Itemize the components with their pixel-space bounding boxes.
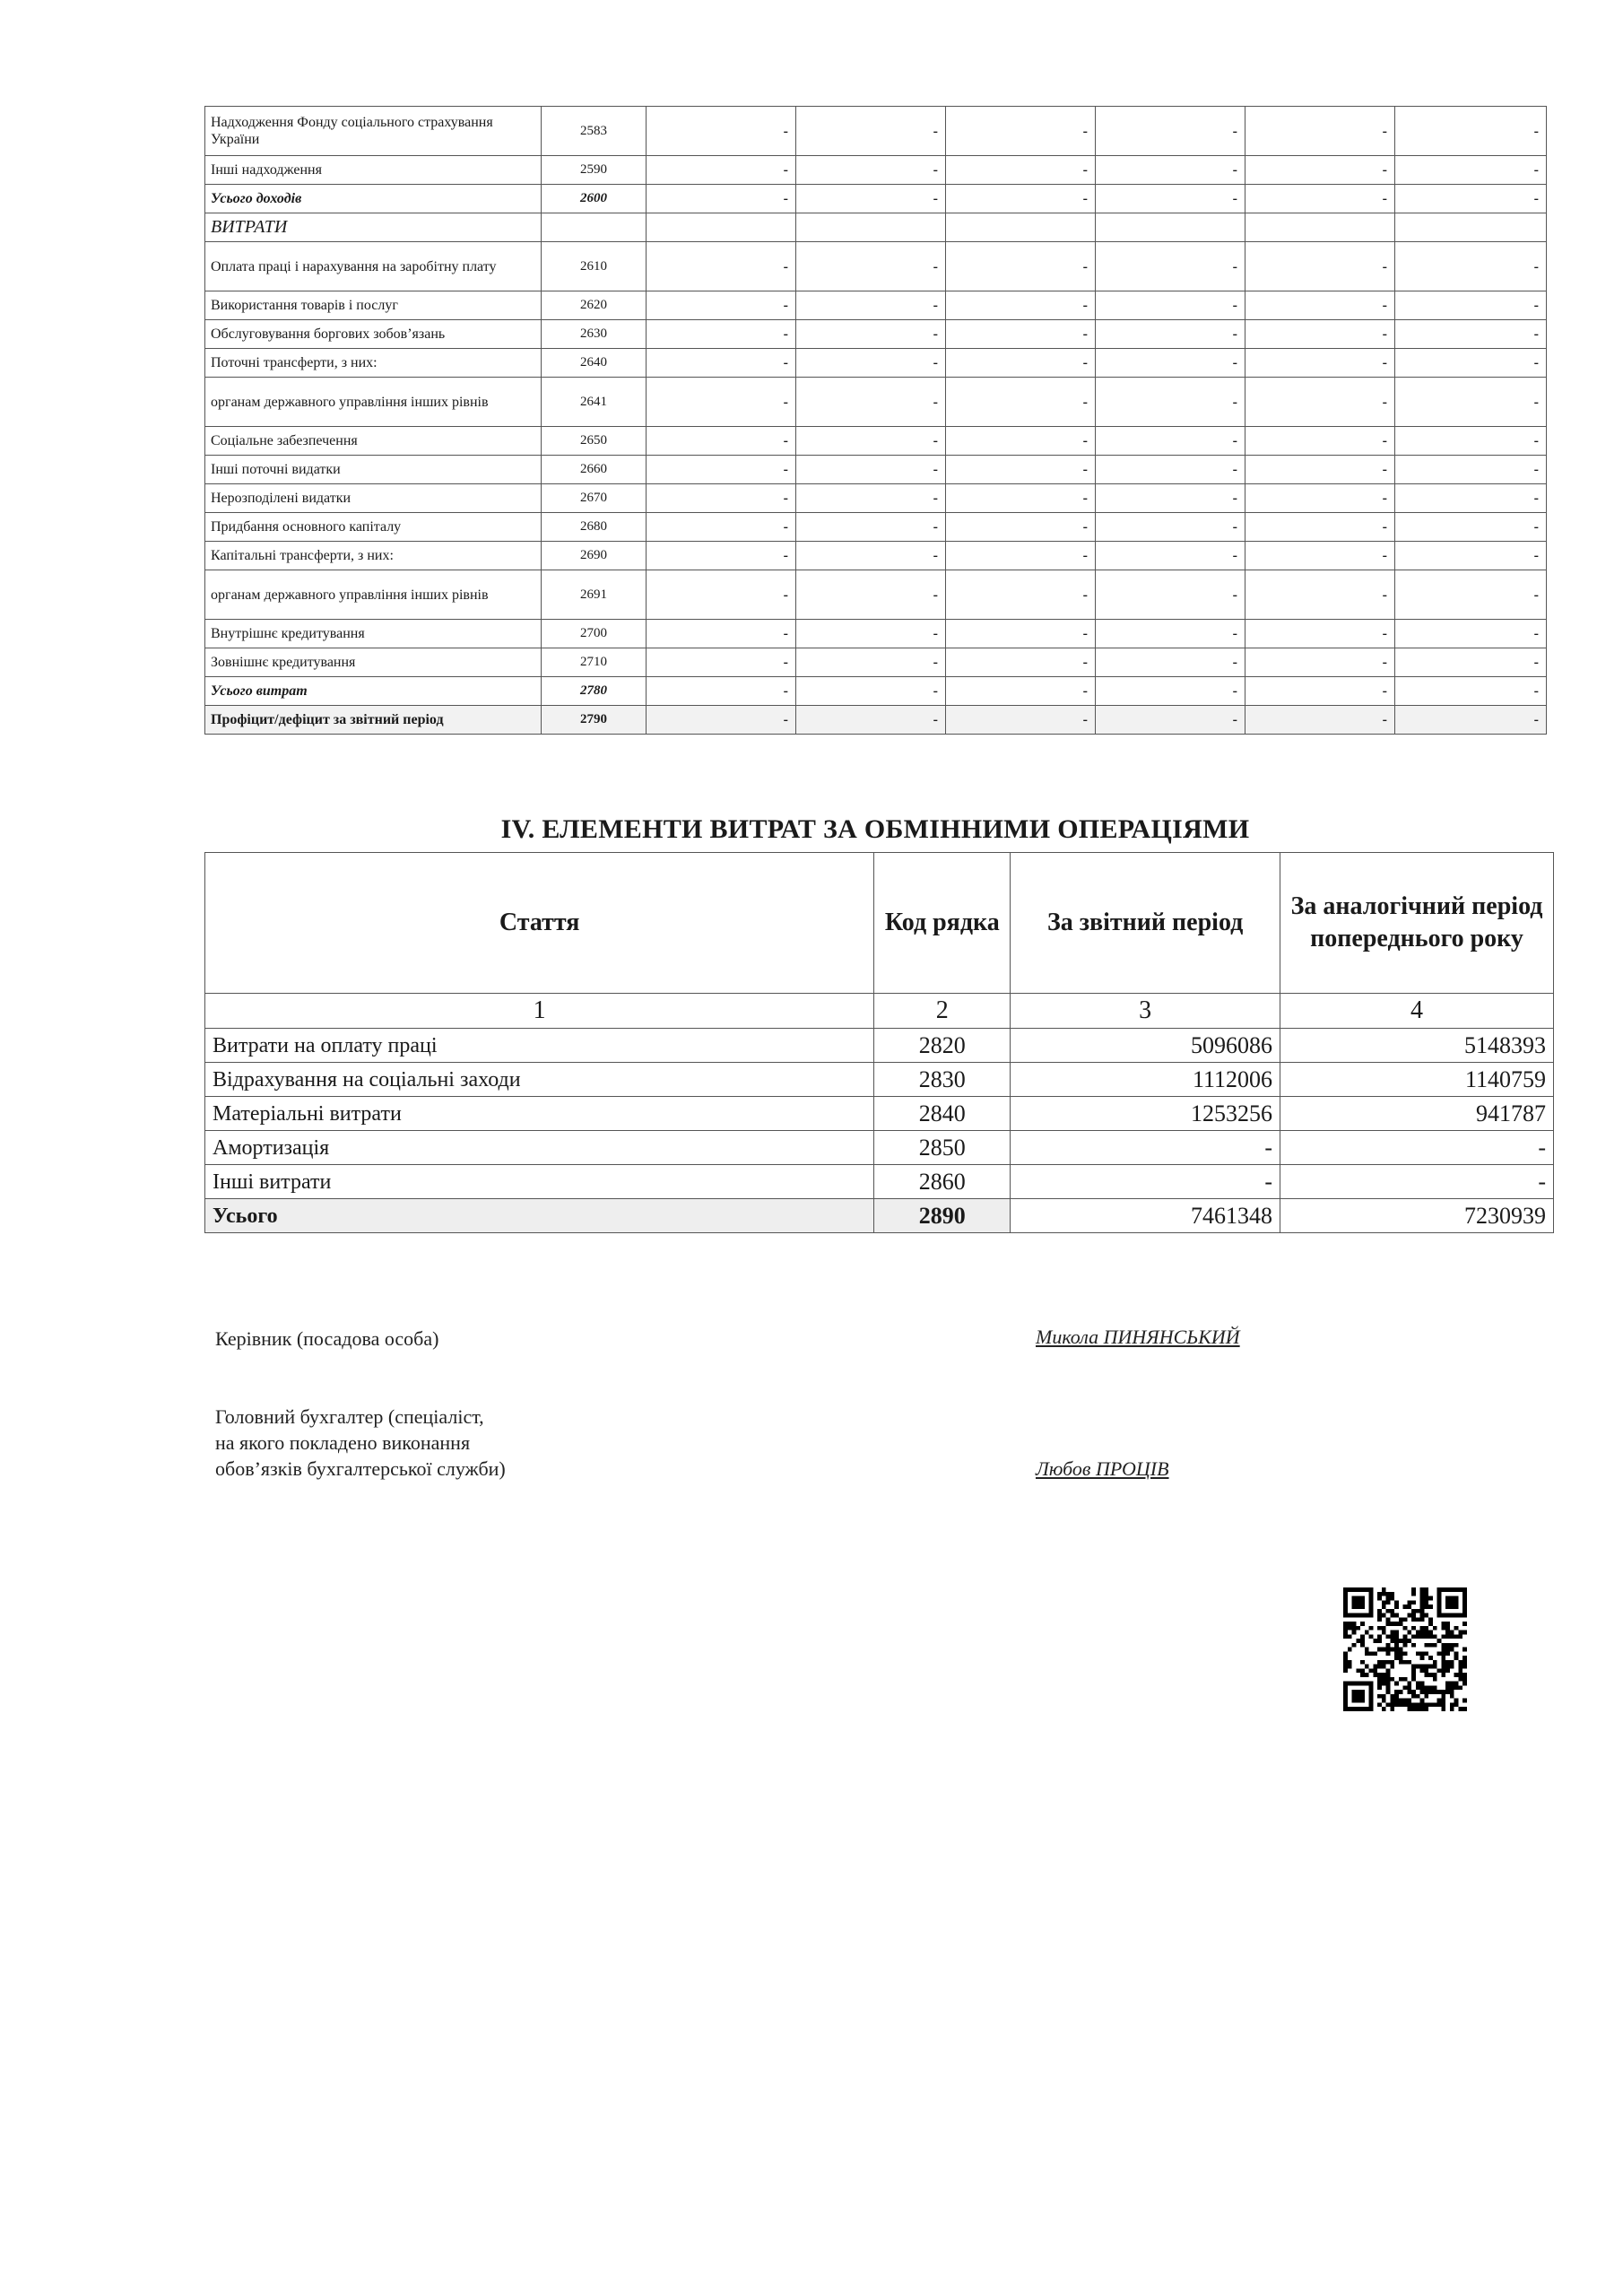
row-label: Інші поточні видатки — [205, 456, 542, 484]
row-value — [946, 213, 1096, 242]
row-value: - — [1395, 648, 1547, 677]
table-row: Соціальне забезпечення2650------ — [205, 427, 1547, 456]
accountant-label-line: Головний бухгалтер (спеціаліст, — [215, 1404, 506, 1430]
table-row: Відрахування на соціальні заходи28301112… — [205, 1063, 1554, 1097]
row-code: 2860 — [874, 1165, 1011, 1199]
row-value: - — [1245, 542, 1395, 570]
row-value: - — [1245, 570, 1395, 620]
column-number: 2 — [874, 994, 1011, 1029]
row-code: 2680 — [542, 513, 647, 542]
row-label: Придбання основного капіталу — [205, 513, 542, 542]
row-label: Використання товарів і послуг — [205, 291, 542, 320]
row-label: Надходження Фонду соціального страхуванн… — [205, 107, 542, 156]
row-value: - — [946, 291, 1096, 320]
table-row: Внутрішнє кредитування2700------ — [205, 620, 1547, 648]
table-row: Витрати на оплату праці28205096086514839… — [205, 1029, 1554, 1063]
qr-code-icon — [1342, 1587, 1468, 1711]
row-code: 2700 — [542, 620, 647, 648]
row-value: - — [647, 427, 796, 456]
head-signature-name: Микола ПИНЯНСЬКИЙ — [1036, 1326, 1240, 1349]
row-value: - — [1245, 291, 1395, 320]
row-value: - — [1245, 242, 1395, 291]
row-label: Оплата праці і нарахування на заробітну … — [205, 242, 542, 291]
row-value: - — [1395, 427, 1547, 456]
row-label: Обслуговування боргових зобов’язань — [205, 320, 542, 349]
row-value: - — [1245, 456, 1395, 484]
row-value: - — [1245, 427, 1395, 456]
row-value: - — [946, 677, 1096, 706]
row-label: Інші витрати — [205, 1165, 874, 1199]
table-row: Інші витрати2860-- — [205, 1165, 1554, 1199]
row-value: - — [1245, 156, 1395, 185]
row-value: - — [1245, 484, 1395, 513]
row-value: - — [796, 107, 946, 156]
row-value: - — [1096, 320, 1245, 349]
row-value — [1245, 213, 1395, 242]
header-article: Стаття — [205, 853, 874, 994]
row-value: - — [796, 648, 946, 677]
row-value: - — [1395, 107, 1547, 156]
row-value: - — [1395, 242, 1547, 291]
table-row: Оплата праці і нарахування на заробітну … — [205, 242, 1547, 291]
row-value: - — [647, 484, 796, 513]
row-code — [542, 213, 647, 242]
row-value: - — [796, 620, 946, 648]
row-value: - — [1096, 484, 1245, 513]
row-value: - — [796, 378, 946, 427]
row-previous: 941787 — [1280, 1097, 1554, 1131]
row-value: - — [647, 513, 796, 542]
table-row: Використання товарів і послуг2620------ — [205, 291, 1547, 320]
row-label: Внутрішнє кредитування — [205, 620, 542, 648]
row-value: - — [796, 456, 946, 484]
row-value: - — [1245, 677, 1395, 706]
column-number: 4 — [1280, 994, 1554, 1029]
row-code: 2590 — [542, 156, 647, 185]
row-value: - — [796, 706, 946, 735]
row-code: 2670 — [542, 484, 647, 513]
row-value: - — [946, 427, 1096, 456]
row-previous: 5148393 — [1280, 1029, 1554, 1063]
row-value: - — [796, 542, 946, 570]
row-code: 2640 — [542, 349, 647, 378]
row-value: - — [1096, 242, 1245, 291]
accountant-label-line: на якого покладено виконання — [215, 1430, 506, 1456]
row-value: - — [1395, 706, 1547, 735]
row-current: - — [1011, 1165, 1280, 1199]
row-label: Капітальні трансферти, з них: — [205, 542, 542, 570]
table-row: Нерозподілені видатки2670------ — [205, 484, 1547, 513]
row-value: - — [647, 242, 796, 291]
row-code: 2710 — [542, 648, 647, 677]
row-value: - — [1096, 570, 1245, 620]
row-label: Витрати на оплату праці — [205, 1029, 874, 1063]
row-value: - — [796, 242, 946, 291]
row-value: - — [647, 706, 796, 735]
row-value: - — [1096, 456, 1245, 484]
table-row: Надходження Фонду соціального страхуванн… — [205, 107, 1547, 156]
row-value: - — [1395, 620, 1547, 648]
table-row: ВИТРАТИ — [205, 213, 1547, 242]
row-value: - — [1395, 456, 1547, 484]
row-code: 2630 — [542, 320, 647, 349]
row-code: 2600 — [542, 185, 647, 213]
row-value: - — [1096, 620, 1245, 648]
row-value: - — [647, 349, 796, 378]
table-row: Інші поточні видатки2660------ — [205, 456, 1547, 484]
table-header-row: Стаття Код рядка За звітний період За ан… — [205, 853, 1554, 994]
row-value: - — [1245, 107, 1395, 156]
row-value: - — [796, 156, 946, 185]
row-current: 5096086 — [1011, 1029, 1280, 1063]
total-row: Усього 2890 7461348 7230939 — [205, 1199, 1554, 1233]
row-code: 2660 — [542, 456, 647, 484]
row-label: Інші надходження — [205, 156, 542, 185]
row-label: Усього доходів — [205, 185, 542, 213]
row-value: - — [1245, 620, 1395, 648]
row-value: - — [946, 320, 1096, 349]
row-value — [1395, 213, 1547, 242]
row-value: - — [796, 677, 946, 706]
row-code: 2780 — [542, 677, 647, 706]
row-value: - — [1395, 378, 1547, 427]
row-value: - — [1245, 648, 1395, 677]
row-value: - — [796, 320, 946, 349]
row-value: - — [946, 513, 1096, 542]
row-value: - — [1245, 513, 1395, 542]
row-previous: - — [1280, 1131, 1554, 1165]
row-value: - — [796, 349, 946, 378]
row-code: 2583 — [542, 107, 647, 156]
row-value — [1096, 213, 1245, 242]
row-value: - — [1395, 570, 1547, 620]
table-row: органам державного управління інших рівн… — [205, 570, 1547, 620]
column-number: 3 — [1011, 994, 1280, 1029]
row-label: Профіцит/дефіцит за звітний період — [205, 706, 542, 735]
table-row: Обслуговування боргових зобов’язань2630-… — [205, 320, 1547, 349]
row-value: - — [647, 542, 796, 570]
expense-elements-table: Стаття Код рядка За звітний період За ан… — [204, 852, 1554, 1233]
row-value: - — [946, 648, 1096, 677]
row-value: - — [647, 320, 796, 349]
row-value: - — [647, 620, 796, 648]
row-value: - — [946, 542, 1096, 570]
column-numbers-row: 1 2 3 4 — [205, 994, 1554, 1029]
row-value: - — [946, 156, 1096, 185]
row-value: - — [647, 648, 796, 677]
row-value: - — [796, 427, 946, 456]
table-row: Капітальні трансферти, з них:2690------ — [205, 542, 1547, 570]
table-row: Придбання основного капіталу2680------ — [205, 513, 1547, 542]
row-value: - — [946, 242, 1096, 291]
total-code: 2890 — [874, 1199, 1011, 1233]
row-label: Амортизація — [205, 1131, 874, 1165]
row-label: Нерозподілені видатки — [205, 484, 542, 513]
row-value: - — [1395, 542, 1547, 570]
row-value: - — [946, 456, 1096, 484]
row-value: - — [1395, 320, 1547, 349]
row-value: - — [1395, 677, 1547, 706]
row-value: - — [1395, 291, 1547, 320]
head-signature-label: Керівник (посадова особа) — [215, 1326, 438, 1352]
row-value: - — [946, 107, 1096, 156]
row-value: - — [1096, 378, 1245, 427]
table-row: Амортизація2850-- — [205, 1131, 1554, 1165]
accountant-label-line: обов’язків бухгалтерської служби) — [215, 1456, 506, 1482]
row-current: 1112006 — [1011, 1063, 1280, 1097]
header-previous-period: За аналогічний період попереднього року — [1280, 853, 1554, 994]
row-label: Соціальне забезпечення — [205, 427, 542, 456]
row-value: - — [796, 570, 946, 620]
row-value: - — [796, 484, 946, 513]
row-value: - — [796, 185, 946, 213]
row-value: - — [1395, 349, 1547, 378]
row-value: - — [796, 513, 946, 542]
row-value: - — [1096, 648, 1245, 677]
table-row: органам державного управління інших рівн… — [205, 378, 1547, 427]
row-current: - — [1011, 1131, 1280, 1165]
section-iv-title: IV. ЕЛЕМЕНТИ ВИТРАТ ЗА ОБМІННИМИ ОПЕРАЦІ… — [204, 814, 1546, 845]
row-value: - — [946, 706, 1096, 735]
row-value: - — [1096, 677, 1245, 706]
row-value: - — [647, 456, 796, 484]
row-value: - — [647, 156, 796, 185]
row-value: - — [1245, 706, 1395, 735]
income-expense-table: Надходження Фонду соціального страхуванн… — [204, 106, 1547, 735]
table-row: Усього витрат2780------ — [205, 677, 1547, 706]
row-label: Зовнішнє кредитування — [205, 648, 542, 677]
row-value: - — [1096, 427, 1245, 456]
table-row: Зовнішнє кредитування2710------ — [205, 648, 1547, 677]
row-value — [647, 213, 796, 242]
row-value: - — [1096, 542, 1245, 570]
row-value: - — [946, 570, 1096, 620]
row-value: - — [647, 291, 796, 320]
row-value: - — [946, 185, 1096, 213]
row-value: - — [1096, 513, 1245, 542]
row-label: Матеріальні витрати — [205, 1097, 874, 1131]
row-label: органам державного управління інших рівн… — [205, 570, 542, 620]
accountant-signature-name: Любов ПРОЦІВ — [1036, 1457, 1169, 1481]
row-code: 2650 — [542, 427, 647, 456]
row-value: - — [796, 291, 946, 320]
row-current: 1253256 — [1011, 1097, 1280, 1131]
row-value: - — [1245, 349, 1395, 378]
row-code: 2641 — [542, 378, 647, 427]
table-row: Матеріальні витрати28401253256941787 — [205, 1097, 1554, 1131]
header-current-period: За звітний період — [1011, 853, 1280, 994]
table-row: Профіцит/дефіцит за звітний період2790--… — [205, 706, 1547, 735]
row-value: - — [1395, 156, 1547, 185]
row-value: - — [1245, 320, 1395, 349]
header-line-code: Код рядка — [874, 853, 1011, 994]
table-row: Поточні трансферти, з них:2640------ — [205, 349, 1547, 378]
row-label: Усього витрат — [205, 677, 542, 706]
row-value: - — [1096, 185, 1245, 213]
row-previous: 1140759 — [1280, 1063, 1554, 1097]
row-value: - — [1096, 349, 1245, 378]
row-label: ВИТРАТИ — [205, 213, 542, 242]
row-value: - — [647, 378, 796, 427]
row-code: 2790 — [542, 706, 647, 735]
total-previous: 7230939 — [1280, 1199, 1554, 1233]
row-value: - — [1395, 513, 1547, 542]
row-value: - — [946, 349, 1096, 378]
row-code: 2850 — [874, 1131, 1011, 1165]
row-value: - — [1395, 185, 1547, 213]
row-label: Відрахування на соціальні заходи — [205, 1063, 874, 1097]
column-number: 1 — [205, 994, 874, 1029]
row-value: - — [1245, 185, 1395, 213]
row-code: 2690 — [542, 542, 647, 570]
row-value: - — [1395, 484, 1547, 513]
row-value — [796, 213, 946, 242]
row-previous: - — [1280, 1165, 1554, 1199]
table-row: Інші надходження2590------ — [205, 156, 1547, 185]
row-value: - — [1096, 291, 1245, 320]
row-value: - — [1096, 107, 1245, 156]
row-code: 2610 — [542, 242, 647, 291]
row-code: 2840 — [874, 1097, 1011, 1131]
row-code: 2620 — [542, 291, 647, 320]
row-value: - — [647, 570, 796, 620]
row-value: - — [946, 484, 1096, 513]
row-code: 2820 — [874, 1029, 1011, 1063]
row-value: - — [946, 620, 1096, 648]
row-value: - — [647, 677, 796, 706]
row-value: - — [1096, 706, 1245, 735]
total-label: Усього — [205, 1199, 874, 1233]
row-value: - — [1096, 156, 1245, 185]
row-label: органам державного управління інших рівн… — [205, 378, 542, 427]
total-current: 7461348 — [1011, 1199, 1280, 1233]
row-value: - — [946, 378, 1096, 427]
row-label: Поточні трансферти, з них: — [205, 349, 542, 378]
row-code: 2691 — [542, 570, 647, 620]
accountant-signature-label: Головний бухгалтер (спеціаліст, на якого… — [215, 1404, 506, 1482]
row-value: - — [647, 107, 796, 156]
row-code: 2830 — [874, 1063, 1011, 1097]
table-row: Усього доходів2600------ — [205, 185, 1547, 213]
row-value: - — [1245, 378, 1395, 427]
row-value: - — [647, 185, 796, 213]
